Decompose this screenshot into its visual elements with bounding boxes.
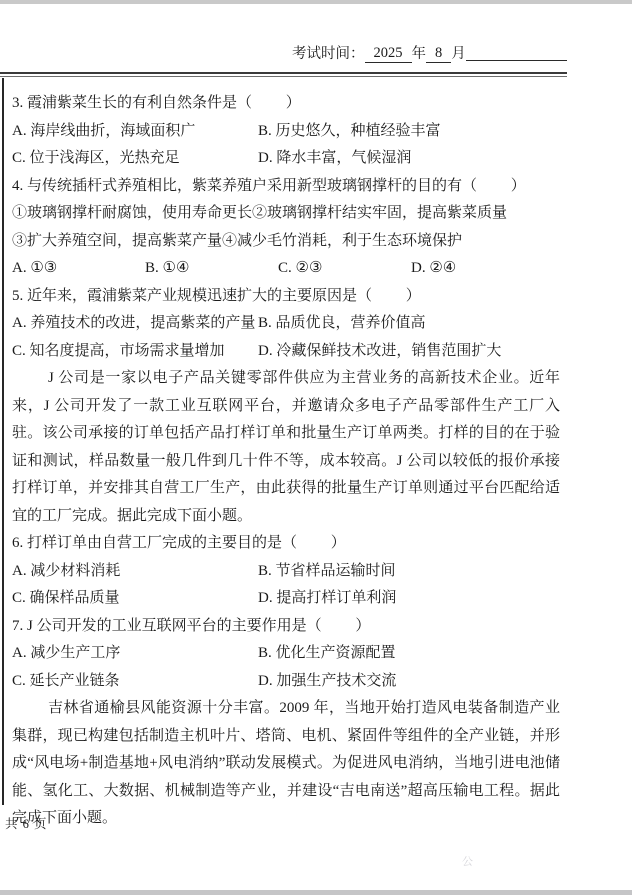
header-trailing-underline (466, 60, 567, 61)
question-5-options-row-2: C. 知名度提高，市场需求量增加 D. 冷藏保鲜技术改进，销售范围扩大 (12, 338, 560, 366)
question-3-option-d: D. 降水丰富，气候湿润 (258, 145, 560, 173)
question-7-option-d: D. 加强生产技术交流 (258, 668, 560, 696)
header-divider-rule (0, 72, 567, 77)
question-4-option-d: D. ②④ (411, 255, 544, 283)
exam-month-unit: 月 (451, 42, 466, 63)
question-3-stem: 3. 霞浦紫菜生长的有利自然条件是（ ） (12, 90, 560, 118)
question-3-option-a: A. 海岸线曲折，海域面积广 (12, 118, 258, 146)
exam-year-blank: 2025 (365, 45, 412, 63)
question-4-items-line-2: ③扩大养殖空间，提高紫菜产量④减少毛竹消耗，利于生态环境保护 (12, 228, 560, 256)
exam-body: 3. 霞浦紫菜生长的有利自然条件是（ ） A. 海岸线曲折，海域面积广 B. 历… (2, 78, 560, 805)
question-3-option-c: C. 位于浅海区，光热充足 (12, 145, 258, 173)
question-6-options-row-1: A. 减少材料消耗 B. 节省样品运输时间 (12, 558, 560, 586)
question-4-items-line-1: ①玻璃钢撑杆耐腐蚀，使用寿命更长②玻璃钢撑杆结实牢固，提高紫菜质量 (12, 200, 560, 228)
question-6-stem: 6. 打样订单由自营工厂完成的主要目的是（ ） (12, 530, 560, 558)
exam-time-label: 考试时间： (292, 42, 365, 63)
question-6-option-b: B. 节省样品运输时间 (258, 558, 560, 586)
question-3-option-b: B. 历史悠久，种植经验丰富 (258, 118, 560, 146)
document-page[interactable]: 考试时间： 2025 年 8 月 3. 霞浦紫菜生长的有利自然条件是（ ） A.… (0, 0, 632, 895)
question-5-option-c: C. 知名度提高，市场需求量增加 (12, 338, 258, 366)
question-3-options-row-1: A. 海岸线曲折，海域面积广 B. 历史悠久，种植经验丰富 (12, 118, 560, 146)
question-7-options-row-2: C. 延长产业链条 D. 加强生产技术交流 (12, 668, 560, 696)
question-7-option-b: B. 优化生产资源配置 (258, 640, 560, 668)
question-6-option-c: C. 确保样品质量 (12, 585, 258, 613)
question-7-option-a: A. 减少生产工序 (12, 640, 258, 668)
question-5-option-b: B. 品质优良，营养价值高 (258, 310, 560, 338)
question-4-option-b: B. ①④ (145, 255, 278, 283)
question-4-option-a: A. ①③ (12, 255, 145, 283)
page-count-footer: 共 6 页 (5, 814, 48, 832)
watermark-glyph: 公 (462, 853, 473, 869)
question-4-option-c: C. ②③ (278, 255, 411, 283)
passage-industrial-internet: J 公司是一家以电子产品关键零部件供应为主营业务的高新技术企业。近年来，J 公司… (12, 365, 560, 530)
question-7-options-row-1: A. 减少生产工序 B. 优化生产资源配置 (12, 640, 560, 668)
question-7-stem: 7. J 公司开发的工业互联网平台的主要作用是（ ） (12, 613, 560, 641)
next-page-edge (0, 890, 632, 895)
passage-wind-power: 吉林省通榆县风能资源十分丰富。2009 年，当地开始打造风电装备制造产业集群，现… (12, 695, 560, 833)
exam-month-blank: 8 (426, 45, 451, 63)
question-5-option-d: D. 冷藏保鲜技术改进，销售范围扩大 (258, 338, 560, 366)
question-4-stem: 4. 与传统插杆式养殖相比，紫菜养殖户采用新型玻璃钢撑杆的目的有（ ） (12, 173, 560, 201)
question-5-option-a: A. 养殖技术的改进，提高紫菜的产量 (12, 310, 258, 338)
question-5-stem: 5. 近年来，霞浦紫菜产业规模迅速扩大的主要原因是（ ） (12, 283, 560, 311)
question-6-option-a: A. 减少材料消耗 (12, 558, 258, 586)
question-4-options-row: A. ①③ B. ①④ C. ②③ D. ②④ (12, 255, 560, 283)
question-6-options-row-2: C. 确保样品质量 D. 提高打样订单利润 (12, 585, 560, 613)
exam-header: 考试时间： 2025 年 8 月 (0, 4, 567, 69)
question-5-options-row-1: A. 养殖技术的改进，提高紫菜的产量 B. 品质优良，营养价值高 (12, 310, 560, 338)
exam-year-unit: 年 (412, 42, 427, 63)
question-7-option-c: C. 延长产业链条 (12, 668, 258, 696)
question-3-options-row-2: C. 位于浅海区，光热充足 D. 降水丰富，气候湿润 (12, 145, 560, 173)
question-6-option-d: D. 提高打样订单利润 (258, 585, 560, 613)
